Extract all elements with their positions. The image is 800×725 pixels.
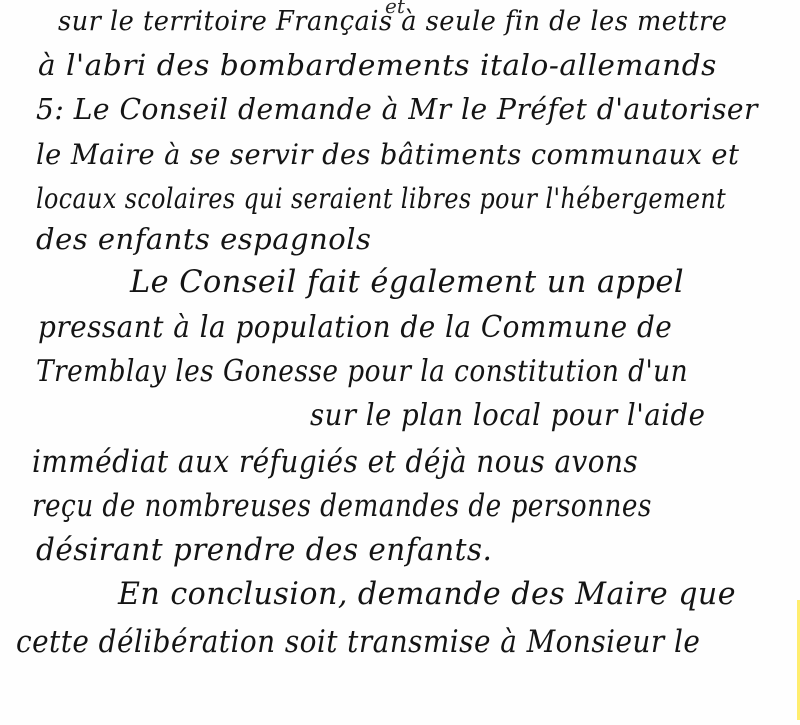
text-line: le Maire à se servir des bâtiments commu… (36, 138, 739, 171)
manuscript-page: et sur le territoire Français à seule fi… (0, 0, 800, 725)
text-line: reçu de nombreuses demandes de personnes (32, 488, 652, 524)
text-line: immédiat aux réfugiés et déjà nous avons (32, 444, 638, 480)
text-line: sur le plan local pour l'aide (310, 398, 705, 433)
text-line: désirant prendre des enfants. (36, 532, 492, 568)
text-line: pressant à la population de la Commune d… (38, 310, 672, 345)
text-line: En conclusion, demande des Maire que (118, 576, 736, 612)
text-line: Le Conseil fait également un appel (130, 264, 684, 300)
text-line: à l'abri des bombardements italo-alleman… (38, 48, 717, 82)
text-line: cette délibération soit transmise à Mons… (16, 624, 700, 660)
text-line: des enfants espagnols (36, 222, 371, 256)
text-line: locaux scolaires qui seraient libres pou… (36, 182, 726, 215)
text-line: sur le territoire Français à seule fin d… (58, 6, 727, 37)
text-line: 5: Le Conseil demande à Mr le Préfet d'a… (36, 92, 758, 126)
text-line: Tremblay les Gonesse pour la constitutio… (36, 354, 688, 389)
